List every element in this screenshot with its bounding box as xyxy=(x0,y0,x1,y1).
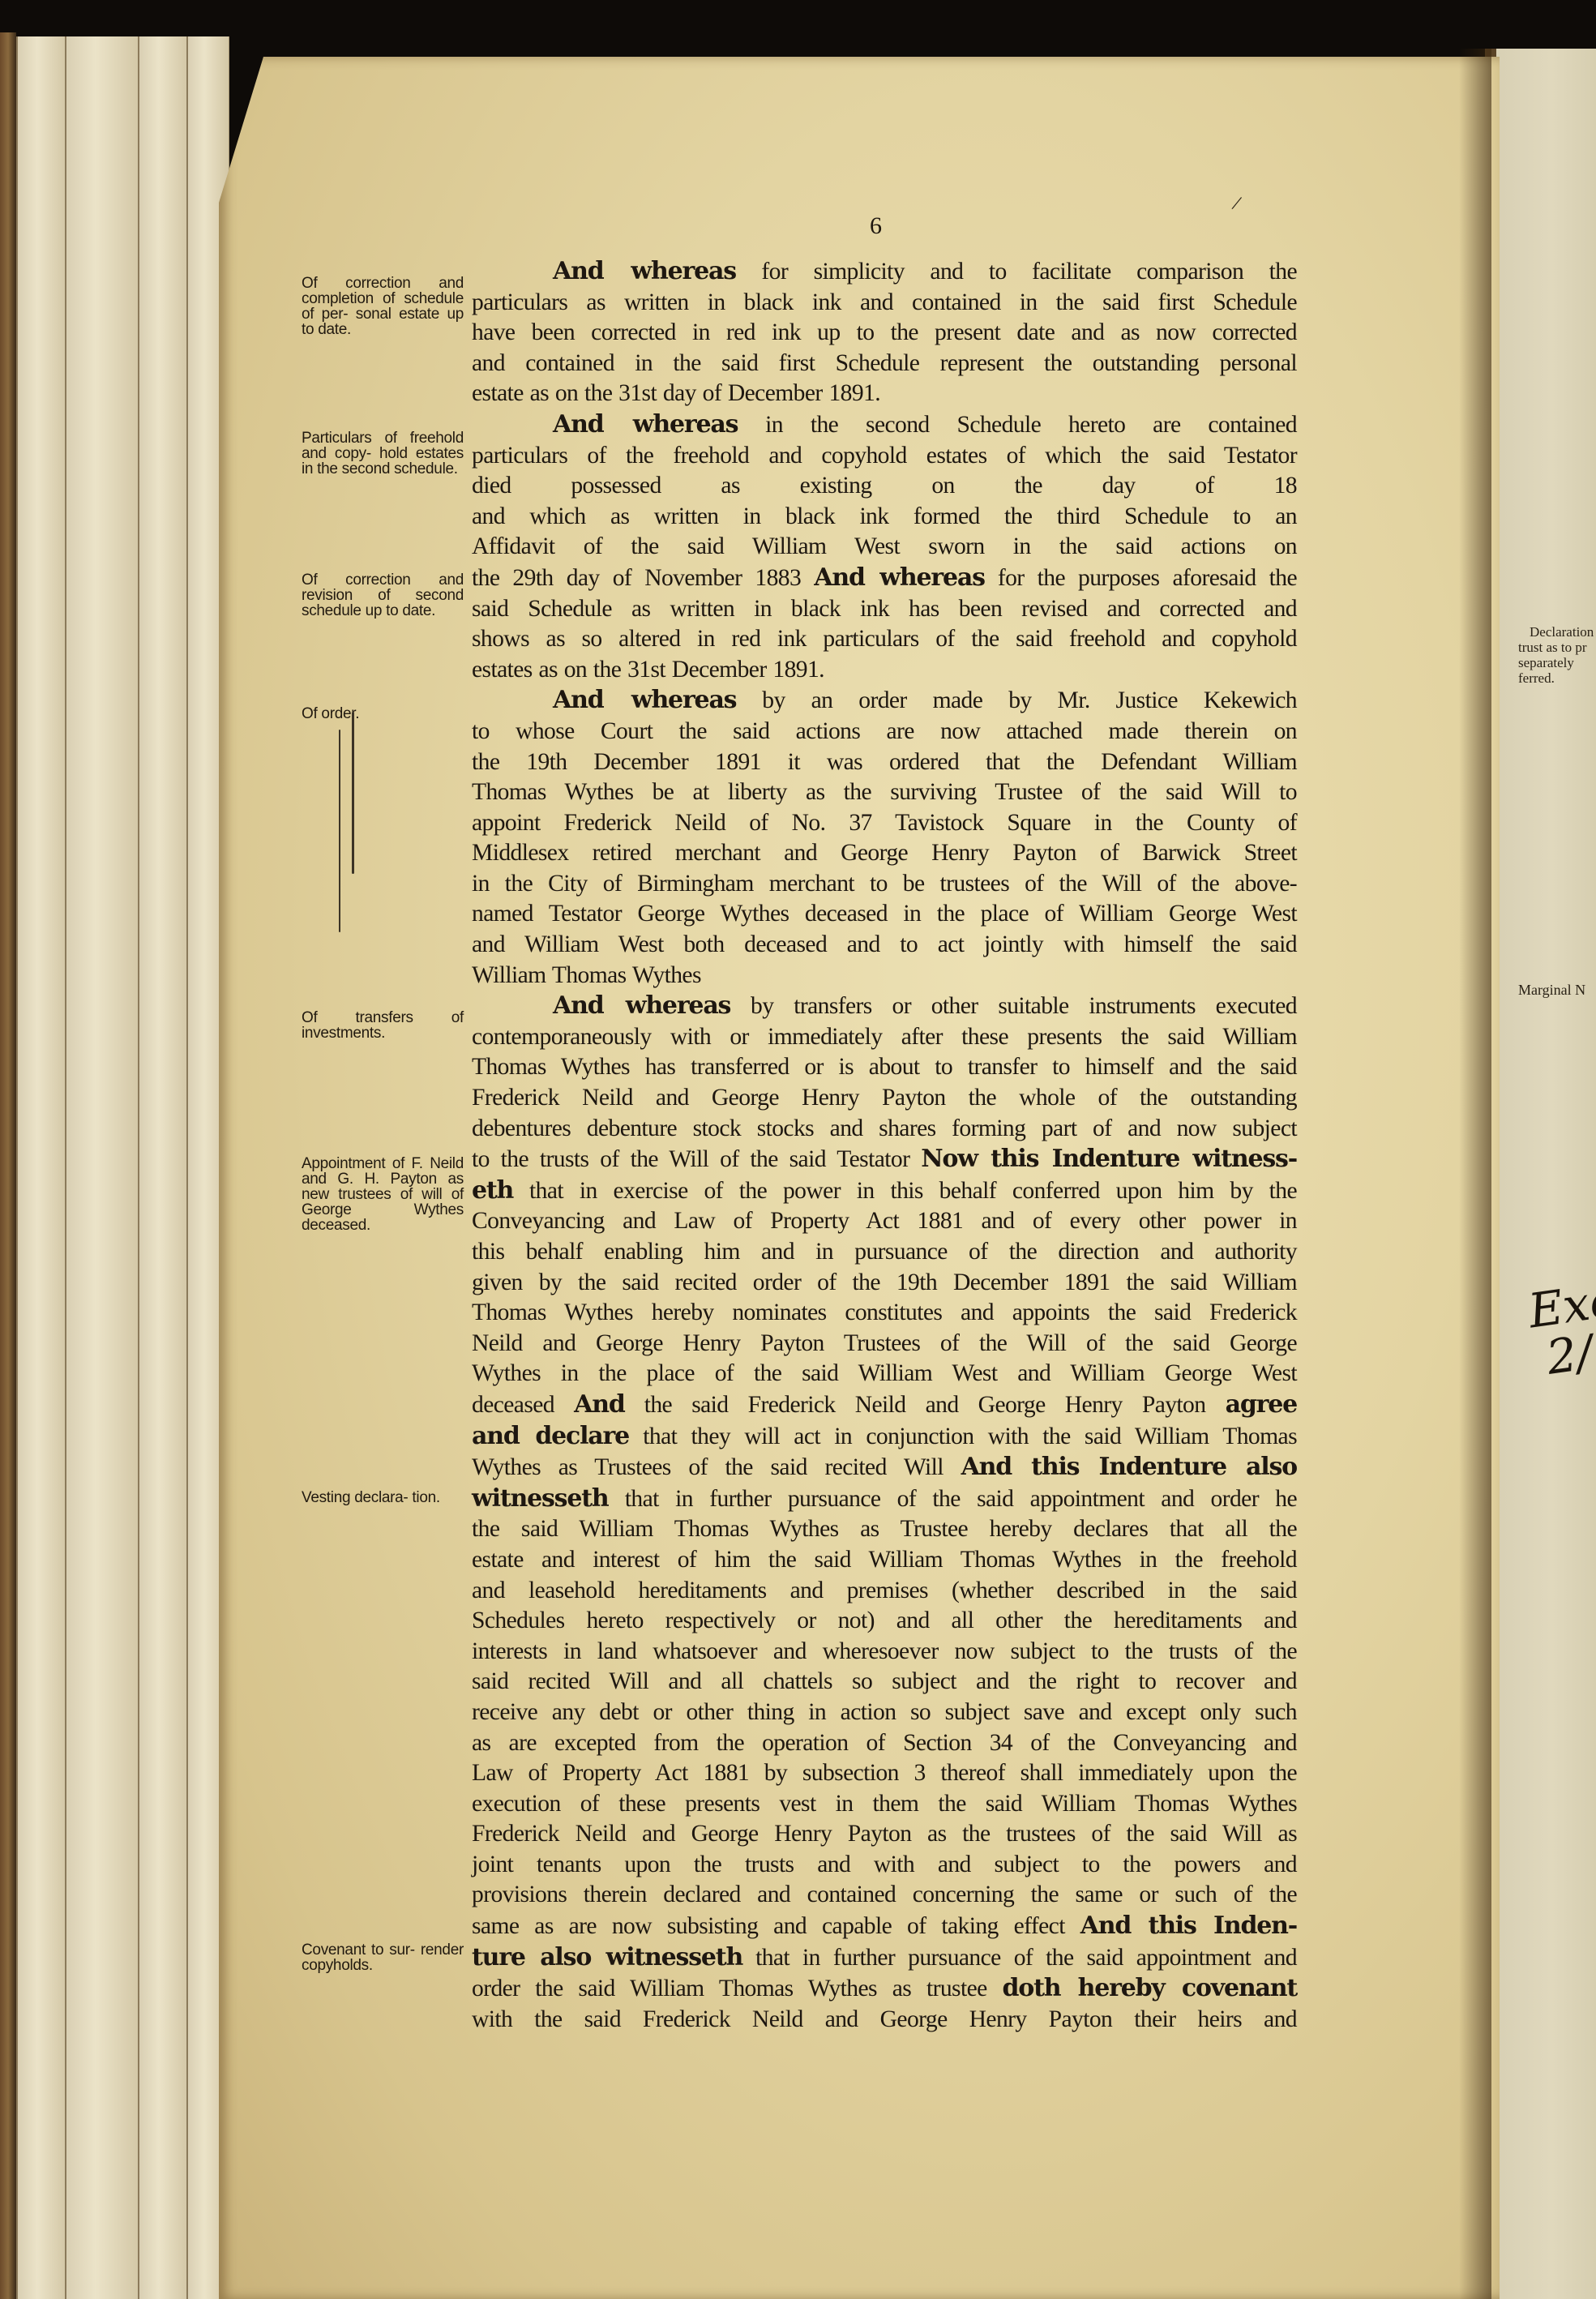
body-text-run: order the said William Thomas Wythes as … xyxy=(472,1976,1003,2001)
body-line: died possessed as existing on the day of… xyxy=(472,471,1297,502)
body-line: as are excepted from the operation of Se… xyxy=(472,1728,1297,1759)
body-text-run: the 29th day of November 1883 xyxy=(472,565,814,591)
body-line: particulars of the freehold and copyhold… xyxy=(472,441,1297,472)
body-line: with the said Frederick Neild and George… xyxy=(472,2005,1297,2036)
blackletter-phrase: doth hereby covenant xyxy=(1003,1974,1298,2002)
body-line: named Testator George Wythes deceased in… xyxy=(472,899,1297,930)
body-text-run: given by the said recited order of the 1… xyxy=(472,1269,1297,1295)
facing-page-margin-note: Declaration trust as to pr separately fe… xyxy=(1518,624,1596,686)
body-text-run: shows as so altered in red ink particula… xyxy=(472,626,1297,652)
body-text-run: died possessed as existing on the day of… xyxy=(472,473,1297,499)
handwritten-annotation: Exc 2/ xyxy=(1525,1275,1596,1384)
body-line: debentures debenture stock stocks and sh… xyxy=(472,1114,1297,1145)
body-text-run: provisions therein declared and containe… xyxy=(472,1882,1297,1907)
body-line: estates as on the 31st December 1891. xyxy=(472,655,1297,686)
body-line: the 29th day of November 1883 And wherea… xyxy=(472,563,1297,594)
body-text-run: William Thomas Wythes xyxy=(472,962,701,988)
body-text-run: joint tenants upon the trusts and with a… xyxy=(472,1852,1297,1877)
body-line: deceased And the said Frederick Neild an… xyxy=(472,1389,1297,1421)
blackletter-phrase: ture also witnesseth xyxy=(472,1943,742,1971)
body-line: contemporaneously with or immediately af… xyxy=(472,1022,1297,1053)
body-text-run: and contained in the said first Schedule… xyxy=(472,350,1297,376)
blackletter-phrase: and declare xyxy=(472,1422,629,1450)
body-line: ture also witnesseth that in further pur… xyxy=(472,1942,1297,1974)
blackletter-phrase: agree xyxy=(1226,1390,1297,1419)
body-text-run: Thomas Wythes hereby nominates constitut… xyxy=(472,1299,1297,1325)
margin-note-correction-personal: Of correction and completion of schedule… xyxy=(302,276,464,337)
body-line: particulars as written in black ink and … xyxy=(472,288,1297,319)
body-line: order the said William Thomas Wythes as … xyxy=(472,1973,1297,2005)
body-line: said recited Will and all chattels so su… xyxy=(472,1667,1297,1697)
body-text-run: said Schedule as written in black ink ha… xyxy=(472,596,1297,622)
body-line: receive any debt or other thing in actio… xyxy=(472,1697,1297,1728)
body-line: Thomas Wythes has transferred or is abou… xyxy=(472,1052,1297,1083)
blackletter-phrase: And whereas xyxy=(814,563,985,592)
pencil-margin-line xyxy=(339,730,340,932)
body-text-run: Middlesex retired merchant and George He… xyxy=(472,840,1297,866)
body-text-run: Conveyancing and Law of Property Act 188… xyxy=(472,1208,1297,1234)
body-line: Conveyancing and Law of Property Act 188… xyxy=(472,1206,1297,1237)
page-stack-edge xyxy=(138,36,189,2299)
body-text-run: said recited Will and all chattels so su… xyxy=(472,1668,1297,1694)
blackletter-phrase: eth xyxy=(472,1176,513,1205)
body-text-run: the 19th December 1891 it was ordered th… xyxy=(472,749,1297,775)
body-line: And whereas in the second Schedule heret… xyxy=(472,409,1297,441)
blackletter-phrase: Now this Indenture witness- xyxy=(921,1145,1297,1173)
body-text-run: particulars as written in black ink and … xyxy=(472,289,1297,315)
body-line: estate as on the 31st day of December 18… xyxy=(472,379,1297,409)
margin-note-particulars-freehold: Particulars of freehold and copy- hold e… xyxy=(302,430,464,477)
blackletter-phrase: And this Inden- xyxy=(1080,1912,1297,1940)
body-text-run: deceased xyxy=(472,1392,574,1418)
body-text-run: and leasehold hereditaments and premises… xyxy=(472,1578,1297,1603)
body-line: and leasehold hereditaments and premises… xyxy=(472,1576,1297,1607)
body-line: appoint Frederick Neild of No. 37 Tavist… xyxy=(472,808,1297,839)
blackletter-phrase: And whereas xyxy=(553,991,730,1020)
body-line: Law of Property Act 1881 by subsection 3… xyxy=(472,1758,1297,1789)
body-line: have been corrected in red ink up to the… xyxy=(472,318,1297,349)
body-line: this behalf enabling him and in pursuanc… xyxy=(472,1237,1297,1268)
body-text-run: and which as written in black ink formed… xyxy=(472,503,1297,529)
body-text-run: as are excepted from the operation of Se… xyxy=(472,1730,1297,1756)
body-line: Frederick Neild and George Henry Payton … xyxy=(472,1083,1297,1114)
blackletter-phrase: And this Indenture also xyxy=(961,1453,1297,1481)
body-text-run: estates as on the 31st December 1891. xyxy=(472,657,824,683)
body-text-run: Neild and George Henry Payton Trustees o… xyxy=(472,1330,1297,1356)
body-text-run: with the said Frederick Neild and George… xyxy=(472,2006,1297,2032)
body-text-run: the said William Thomas Wythes as Truste… xyxy=(472,1516,1297,1542)
body-line: William Thomas Wythes xyxy=(472,961,1297,991)
body-line: same as are now subsisting and capable o… xyxy=(472,1911,1297,1942)
body-line: And whereas by an order made by Mr. Just… xyxy=(472,685,1297,717)
body-text-run: for simplicity and to facilitate compari… xyxy=(736,259,1297,285)
body-text-run: have been corrected in red ink up to the… xyxy=(472,319,1297,345)
indenture-body-text: And whereas for simplicity and to facili… xyxy=(472,256,1297,2035)
body-text-run: Schedules hereto respectively or not) an… xyxy=(472,1608,1297,1633)
body-line: the 19th December 1891 it was ordered th… xyxy=(472,747,1297,778)
margin-note-correction-second: Of correction and revision of second sch… xyxy=(302,572,464,619)
body-text-run: Frederick Neild and George Henry Payton … xyxy=(472,1821,1297,1847)
body-line: to the trusts of the Will of the said Te… xyxy=(472,1144,1297,1175)
body-line: said Schedule as written in black ink ha… xyxy=(472,594,1297,625)
body-text-run: debentures debenture stock stocks and sh… xyxy=(472,1115,1297,1141)
body-line: and declare that they will act in conjun… xyxy=(472,1421,1297,1453)
body-line: in the City of Birmingham merchant to be… xyxy=(472,869,1297,900)
margin-note-appointment: Appointment of F. Neild and G. H. Payton… xyxy=(302,1156,464,1233)
body-text-run: Thomas Wythes be at liberty as the survi… xyxy=(472,779,1297,805)
body-text-run: to the trusts of the Will of the said Te… xyxy=(472,1146,921,1172)
body-text-run: Frederick Neild and George Henry Payton … xyxy=(472,1085,1297,1111)
body-text-run: contemporaneously with or immediately af… xyxy=(472,1024,1297,1050)
body-text-run: by an order made by Mr. Justice Kekewich xyxy=(736,687,1297,713)
body-text-run: for the purposes aforesaid the xyxy=(985,565,1297,591)
body-text-run: the said Frederick Neild and George Henr… xyxy=(625,1392,1226,1418)
body-text-run: that they will act in conjunction with t… xyxy=(629,1423,1297,1449)
body-line: to whose Court the said actions are now … xyxy=(472,717,1297,747)
body-line: estate and interest of him the said Will… xyxy=(472,1545,1297,1576)
body-line: Frederick Neild and George Henry Payton … xyxy=(472,1819,1297,1850)
body-line: and William West both deceased and to ac… xyxy=(472,930,1297,961)
body-line: joint tenants upon the trusts and with a… xyxy=(472,1850,1297,1881)
margin-note-order: Of order. xyxy=(302,706,464,721)
body-text-run: to whose Court the said actions are now … xyxy=(472,718,1297,744)
body-text-run: Wythes as Trustees of the said recited W… xyxy=(472,1454,961,1480)
body-line: Neild and George Henry Payton Trustees o… xyxy=(472,1329,1297,1359)
body-text-run: estate as on the 31st day of December 18… xyxy=(472,380,880,406)
body-line: Schedules hereto respectively or not) an… xyxy=(472,1606,1297,1637)
body-text-run: interests in land whatsoever and whereso… xyxy=(472,1638,1297,1664)
body-text-run: Affidavit of the said William West sworn… xyxy=(472,533,1297,559)
body-text-run: in the City of Birmingham merchant to be… xyxy=(472,871,1297,897)
margin-note-vesting: Vesting declara- tion. xyxy=(302,1490,464,1505)
body-line: and contained in the said first Schedule… xyxy=(472,349,1297,379)
body-text-run: that in exercise of the power in this be… xyxy=(513,1178,1297,1204)
body-text-run: this behalf enabling him and in pursuanc… xyxy=(472,1239,1297,1265)
gutter-shadow xyxy=(1459,49,1491,2299)
body-text-run: in the second Schedule hereto are contai… xyxy=(738,412,1297,438)
body-text-run: Thomas Wythes has transferred or is abou… xyxy=(472,1054,1297,1080)
body-text-run: that in further pursuance of the said ap… xyxy=(742,1945,1297,1971)
body-text-run: receive any debt or other thing in actio… xyxy=(472,1699,1297,1725)
body-text-run: same as are now subsisting and capable o… xyxy=(472,1913,1080,1939)
body-line: given by the said recited order of the 1… xyxy=(472,1268,1297,1299)
body-line: Wythes in the place of the said William … xyxy=(472,1359,1297,1389)
body-text-run: appoint Frederick Neild of No. 37 Tavist… xyxy=(472,810,1297,836)
body-text-run: Wythes in the place of the said William … xyxy=(472,1360,1297,1386)
body-line: witnesseth that in further pursuance of … xyxy=(472,1483,1297,1515)
body-text-run: particulars of the freehold and copyhold… xyxy=(472,443,1297,469)
body-text-run: and William West both deceased and to ac… xyxy=(472,931,1297,957)
blackletter-phrase: And whereas xyxy=(553,686,736,714)
body-line: the said William Thomas Wythes as Truste… xyxy=(472,1514,1297,1545)
body-line: Wythes as Trustees of the said recited W… xyxy=(472,1452,1297,1483)
body-line: And whereas by transfers or other suitab… xyxy=(472,991,1297,1022)
body-line: execution of these presents vest in them… xyxy=(472,1789,1297,1820)
facing-page xyxy=(1485,49,1596,2299)
blackletter-phrase: And whereas xyxy=(553,257,736,285)
body-line: And whereas for simplicity and to facili… xyxy=(472,256,1297,288)
body-line: provisions therein declared and containe… xyxy=(472,1880,1297,1911)
body-line: interests in land whatsoever and whereso… xyxy=(472,1637,1297,1668)
book-cover-edge xyxy=(0,32,16,2299)
margin-note-transfers: Of transfers of investments. xyxy=(302,1010,464,1041)
blackletter-phrase: And whereas xyxy=(553,410,738,439)
body-line: shows as so altered in red ink particula… xyxy=(472,624,1297,655)
body-text-run: named Testator George Wythes deceased in… xyxy=(472,901,1297,927)
pencil-margin-line xyxy=(352,712,354,874)
body-text-run: by transfers or other suitable instrumen… xyxy=(730,993,1297,1019)
body-text-run: execution of these presents vest in them… xyxy=(472,1791,1297,1817)
body-text-run: that in further pursuance of the said ap… xyxy=(609,1486,1297,1512)
body-line: and which as written in black ink formed… xyxy=(472,502,1297,533)
margin-note-covenant: Covenant to sur- render copyholds. xyxy=(302,1942,464,1973)
body-text-run: estate and interest of him the said Will… xyxy=(472,1547,1297,1573)
body-line: Thomas Wythes hereby nominates constitut… xyxy=(472,1298,1297,1329)
page-number: 6 xyxy=(870,212,882,240)
page-stack-edge xyxy=(16,36,67,2299)
body-line: Middlesex retired merchant and George He… xyxy=(472,838,1297,869)
blackletter-phrase: witnesseth xyxy=(472,1484,609,1513)
body-line: Thomas Wythes be at liberty as the survi… xyxy=(472,777,1297,808)
body-text-run: Law of Property Act 1881 by subsection 3… xyxy=(472,1760,1297,1786)
body-line: eth that in exercise of the power in thi… xyxy=(472,1175,1297,1207)
body-line: Affidavit of the said William West sworn… xyxy=(472,532,1297,563)
facing-page-marginal-note: Marginal N xyxy=(1518,983,1596,998)
page-stack-edge xyxy=(65,36,140,2299)
blackletter-phrase: And xyxy=(574,1390,624,1419)
